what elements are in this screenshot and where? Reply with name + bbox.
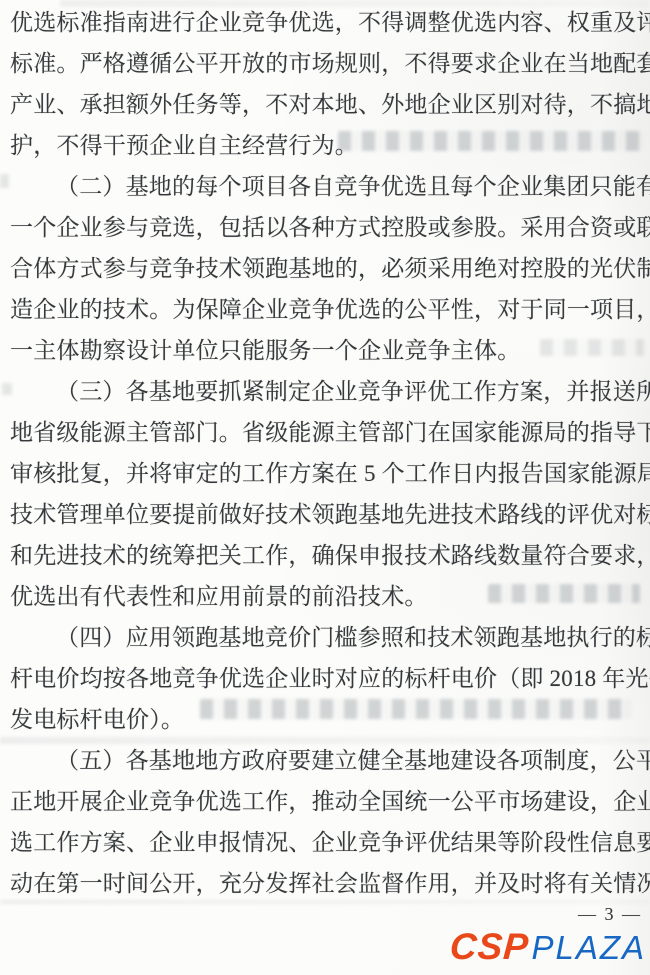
text-line: 一个企业参与竞选，包括以各种方式控股或参股。采用合资或联 [10,207,640,248]
text-line: 优选标准指南进行企业竞争优选，不得调整优选内容、权重及评分 [10,2,640,43]
text-line: 标准。严格遵循公平开放的市场规则，不得要求企业在当地配套 [10,43,640,84]
page-number: — 3 — [532,904,642,925]
text-line: 正地开展企业竞争优选工作，推动全国统一公平市场建设，企业优 [10,781,640,822]
text-line: （三）各基地要抓紧制定企业竞争评优工作方案，并报送所在 [10,371,640,412]
text-line: （四）应用领跑基地竞价门槛参照和技术领跑基地执行的标 [10,617,640,658]
scanned-document-page: 优选标准指南进行企业竞争优选，不得调整优选内容、权重及评分 标准。严格遵循公平开… [0,0,650,975]
paragraph-item-3: （三）各基地要抓紧制定企业竞争评优工作方案，并报送所在 地省级能源主管部门。省级… [10,371,640,617]
text-line: 护，不得干预企业自主经营行为。 [10,125,640,166]
text-line: 和先进技术的统筹把关工作，确保申报技术路线数量符合要求，能 [10,535,640,576]
text-line: 一主体勘察设计单位只能服务一个企业竞争主体。 [10,330,640,371]
text-line: 产业、承担额外任务等，不对本地、外地企业区别对待，不搞地方保 [10,84,640,125]
text-line: （五）各基地地方政府要建立健全基地建设各项制度，公平公 [10,740,640,781]
logo-plaza-text: PLAZA [531,929,646,967]
logo-csp-text: CSP [449,926,531,968]
text-line: 审核批复，并将审定的工作方案在 5 个工作日内报告国家能源局。 [10,453,640,494]
scan-artifact [0,174,9,188]
paragraph-item-2: （二）基地的每个项目各自竞争优选且每个企业集团只能有 一个企业参与竞选，包括以各… [10,166,640,371]
csp-plaza-logo: CSPPLAZA [450,926,646,968]
text-line: 造企业的技术。为保障企业竞争优选的公平性，对于同一项目，同 [10,289,640,330]
text-line: （二）基地的每个项目各自竞争优选且每个企业集团只能有 [10,166,640,207]
paragraph-continuation: 优选标准指南进行企业竞争优选，不得调整优选内容、权重及评分 标准。严格遵循公平开… [10,2,640,166]
text-line: 技术管理单位要提前做好技术领跑基地先进技术路线的评优对标 [10,494,640,535]
text-line: 选工作方案、企业申报情况、企业竞争评优结果等阶段性信息要主 [10,822,640,863]
text-line: 杆电价均按各地竞争优选企业时对应的标杆电价（即 2018 年光伏 [10,658,640,699]
text-line: 合体方式参与竞争技术领跑基地的，必须采用绝对控股的光伏制 [10,248,640,289]
text-line: 发电标杆电价）。 [10,699,640,740]
text-line: 优选出有代表性和应用前景的前沿技术。 [10,576,640,617]
text-line: 地省级能源主管部门。省级能源主管部门在国家能源局的指导下 [10,412,640,453]
paragraph-item-5: （五）各基地地方政府要建立健全基地建设各项制度，公平公 正地开展企业竞争优选工作… [10,740,640,904]
document-text: 优选标准指南进行企业竞争优选，不得调整优选内容、权重及评分 标准。严格遵循公平开… [10,2,640,904]
text-line: 动在第一时间公开，充分发挥社会监督作用，并及时将有关情况报 [10,863,640,904]
paragraph-item-4: （四）应用领跑基地竞价门槛参照和技术领跑基地执行的标 杆电价均按各地竞争优选企业… [10,617,640,740]
